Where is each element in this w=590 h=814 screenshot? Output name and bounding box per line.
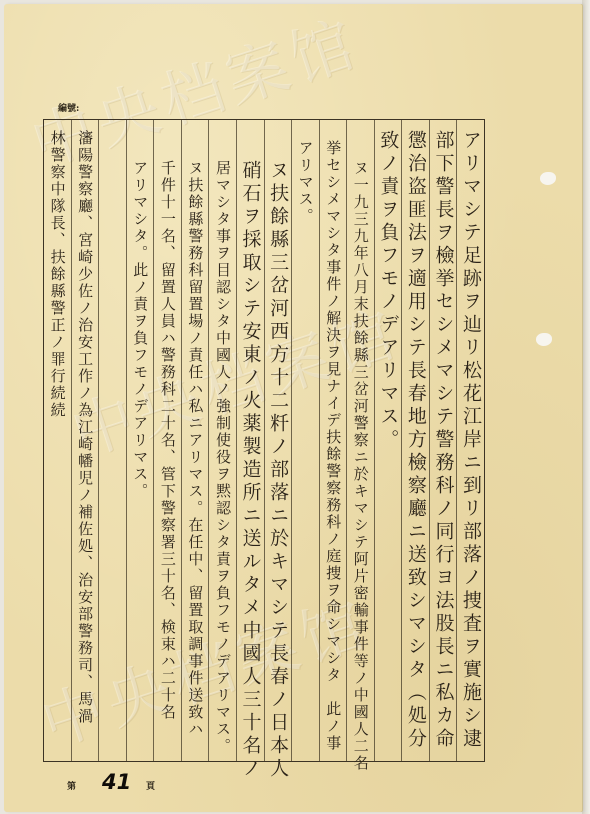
column-text: アリマス。 [292,140,319,765]
text-column: 致ノ責ヲ負フモノデアリマス。 [374,120,402,761]
text-column: 千件十一名、留置人員ハ警務科二十名、管下警察署三十名、検束ハ二十名 [153,120,181,761]
column-text: アリマシテ足跡ヲ辿リ松花江岸ニ到リ部落ノ捜査ヲ實施シ逮捕ノ連絡ヲ容疑者ヲ [457,130,484,755]
punch-hole-top [540,172,556,185]
text-column: 懲治盗匪法ヲ適用シテ長春地方檢察廳ニ送致シマシタ（処分結果ハ解リマセン）検挙取調… [401,120,429,761]
text-column: 挙セシメマシタ事件ノ解決ヲ見ナイデ扶餘警察務科ノ庭捜ヲ命シマシタ 此ノ事件ノ責ヲ… [319,120,347,761]
text-column: アリマス。 [291,120,319,761]
text-column: アリマシタ。此ノ責ヲ負フモノデアリマス。 [126,120,154,761]
column-text: 部下警長ヲ檢挙セシメマシテ警務科ノ同行ヨ法股長ニ私カ命令シテ取調ヲナサシメ暫行 [430,130,457,755]
column-text: 林警察中隊長、扶餘縣警正ノ罪行続続 [44,130,71,755]
text-column: ヌ扶餘縣警務科留置場ノ責任ハ私ニアリマス。在任中、留置取調事件送致ハ [181,120,209,761]
text-column [98,120,126,761]
text-column: ヌ扶餘縣三岔河西方十二粁ノ部落ニ於キマシテ長春ノ日本人三田逸夫ガ火薬原料ノ [264,120,292,761]
column-text: ヌ一九三九年八月末扶餘縣三岔河警察ニ於キマシテ阿片密輸事件等ノ中國人二名ヲ検 [347,160,374,785]
text-column: 瀋陽警察廳、宮崎少佐ノ治安工作ノ為江崎幡児ノ補佐処、治安部警務司、馬渦達、大陽 [71,120,99,761]
text-column: アリマシテ足跡ヲ辿リ松花江岸ニ到リ部落ノ捜査ヲ實施シ逮捕ノ連絡ヲ容疑者ヲ [456,120,484,761]
header-label: 編號: [58,101,79,114]
text-column: 硝石ヲ採取シテ安東ノ火薬製造所ニ送ルタメ中國人三十名ノ強制的使役シテ [236,120,264,761]
footer-page-suffix: 頁 [146,779,155,792]
text-column: 部下警長ヲ檢挙セシメマシテ警務科ノ同行ヨ法股長ニ私カ命令シテ取調ヲナサシメ暫行 [429,120,457,761]
column-text: アリマシタ。此ノ責ヲ負フモノデアリマス。 [127,160,154,785]
footer-page-prefix: 第 [67,779,76,792]
text-column: 居マシタ事ヲ目認シタ中國人ノ強制使役ヲ黙認シタ責ヲ負フモノデアリマス。 [208,120,236,761]
column-text: 千件十一名、留置人員ハ警務科二十名、管下警察署三十名、検束ハ二十名 [154,160,181,785]
punch-hole-bottom [536,333,552,346]
column-text: 瀋陽警察廳、宮崎少佐ノ治安工作ノ為江崎幡児ノ補佐処、治安部警務司、馬渦達、大陽 [72,130,99,755]
text-column: ヌ一九三九年八月末扶餘縣三岔河警察ニ於キマシテ阿片密輸事件等ノ中國人二名ヲ検 [346,120,374,761]
column-text: ヌ扶餘縣三岔河西方十二粁ノ部落ニ於キマシテ長春ノ日本人三田逸夫ガ火薬原料ノ [265,160,292,785]
column-text: ヌ扶餘縣警務科留置場ノ責任ハ私ニアリマス。在任中、留置取調事件送致ハ [182,160,209,785]
page-edge-background [582,0,590,814]
column-text: 挙セシメマシタ事件ノ解決ヲ見ナイデ扶餘警察務科ノ庭捜ヲ命シマシタ 此ノ事件ノ責ヲ… [320,140,347,765]
document-page: 中央档案馆 中央档案馆 中央档案馆 編號: アリマシテ足跡ヲ辿リ松花江岸ニ到リ部… [4,4,582,812]
column-text: 硝石ヲ採取シテ安東ノ火薬製造所ニ送ルタメ中國人三十名ノ強制的使役シテ [237,160,264,785]
text-column: 林警察中隊長、扶餘縣警正ノ罪行続続 [44,120,71,761]
page-number: 41 [102,770,131,794]
ruled-column-grid: アリマシテ足跡ヲ辿リ松花江岸ニ到リ部落ノ捜査ヲ實施シ逮捕ノ連絡ヲ容疑者ヲ 部下警… [43,119,485,762]
column-text: 居マシタ事ヲ目認シタ中國人ノ強制使役ヲ黙認シタ責ヲ負フモノデアリマス。 [209,160,236,785]
column-text [99,130,126,755]
column-text: 懲治盗匪法ヲ適用シテ長春地方檢察廳ニ送致シマシタ（処分結果ハ解リマセン）検挙取調… [402,130,429,755]
column-text: 致ノ責ヲ負フモノデアリマス。 [375,130,402,755]
